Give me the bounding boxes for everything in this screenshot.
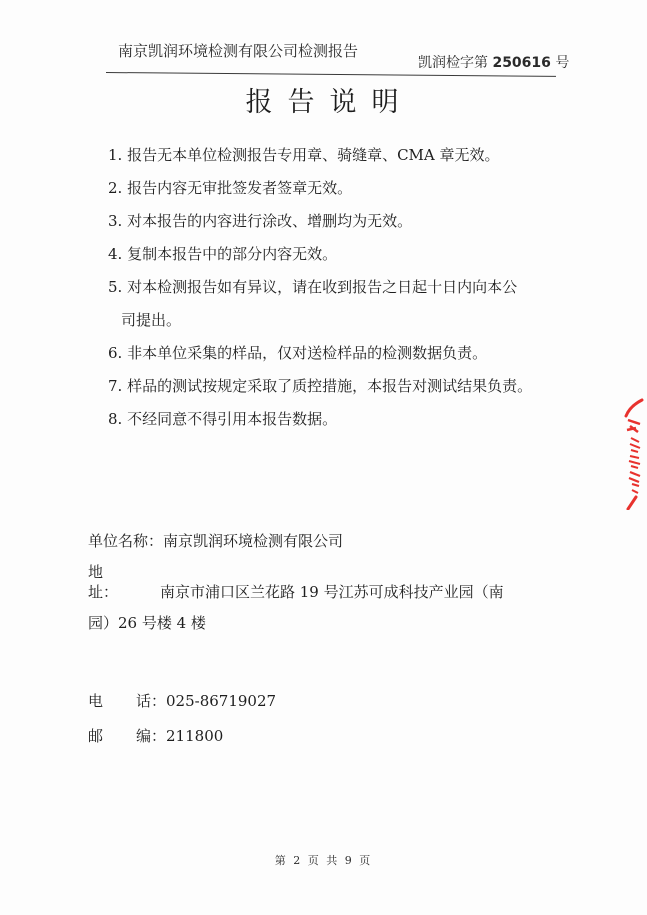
postcode-label-char1: 邮 [88,726,136,746]
report-no-prefix: 凯润检字第 [418,55,492,71]
address-label-char2: 址： [88,583,118,601]
postcode-value: 211800 [166,727,223,745]
note-item-5-line1: 5. 对本检测报告如有异议，请在收到报告之日起十日内向本公 [108,278,517,296]
notes-list: 1. 报告无本单位检测报告专用章、骑缝章、CMA 章无效。 2. 报告内容无审批… [108,145,568,442]
note-item-2: 2. 报告内容无审批签发者签章无效。 [108,178,568,198]
note-item-6: 6. 非本单位采集的样品，仅对送检样品的检测数据负责。 [108,343,568,363]
note-item-7: 7. 样品的测试按规定采取了质控措施，本报告对测试结果负责。 [108,376,568,396]
address-value-line2: 园）26 号楼 4 楼 [88,613,558,633]
note-item-8: 8. 不经同意不得引用本报告数据。 [108,409,568,429]
header-company-report: 南京凯润环境检测有限公司检测报告 [118,40,358,61]
address-label: 地址： [88,562,160,602]
seal-stamp-icon [622,398,647,510]
company-name-label: 单位名称： [88,531,163,551]
address-value-line1: 南京市浦口区兰花路 19 号江苏可成科技产业园（南 [160,583,504,601]
page-number: 第 2 页 共 9 页 [0,852,647,868]
header-divider [106,72,556,77]
note-item-5: 5. 对本检测报告如有异议，请在收到报告之日起十日内向本公 司提出。 [108,277,568,330]
note-item-1: 1. 报告无本单位检测报告专用章、骑缝章、CMA 章无效。 [108,145,568,165]
phone-row: 电话：025-86719027 [88,691,276,711]
address-row: 地址：南京市浦口区兰花路 19 号江苏可成科技产业园（南 园）26 号楼 4 楼 [88,562,558,633]
address-label-char1: 地 [88,563,103,581]
company-name-value: 南京凯润环境检测有限公司 [163,532,343,550]
document-page: 南京凯润环境检测有限公司检测报告 凯润检字第 250616 号 报告说明 1. … [0,0,647,915]
header-report-number: 凯润检字第 250616 号 [418,52,569,72]
page-title: 报告说明 [0,80,647,119]
phone-label-char1: 电 [88,691,136,711]
company-name-row: 单位名称：南京凯润环境检测有限公司 [88,531,343,551]
report-no: 250616 [492,55,550,71]
phone-value: 025-86719027 [166,692,276,710]
postcode-row: 邮编：211800 [88,726,223,746]
note-item-3: 3. 对本报告的内容进行涂改、增删均为无效。 [108,211,568,231]
phone-label-char2: 话： [136,692,166,710]
report-no-suffix: 号 [551,55,569,71]
note-item-5-line2: 司提出。 [108,310,568,330]
note-item-4: 4. 复制本报告中的部分内容无效。 [108,244,568,264]
postcode-label-char2: 编： [136,727,166,745]
